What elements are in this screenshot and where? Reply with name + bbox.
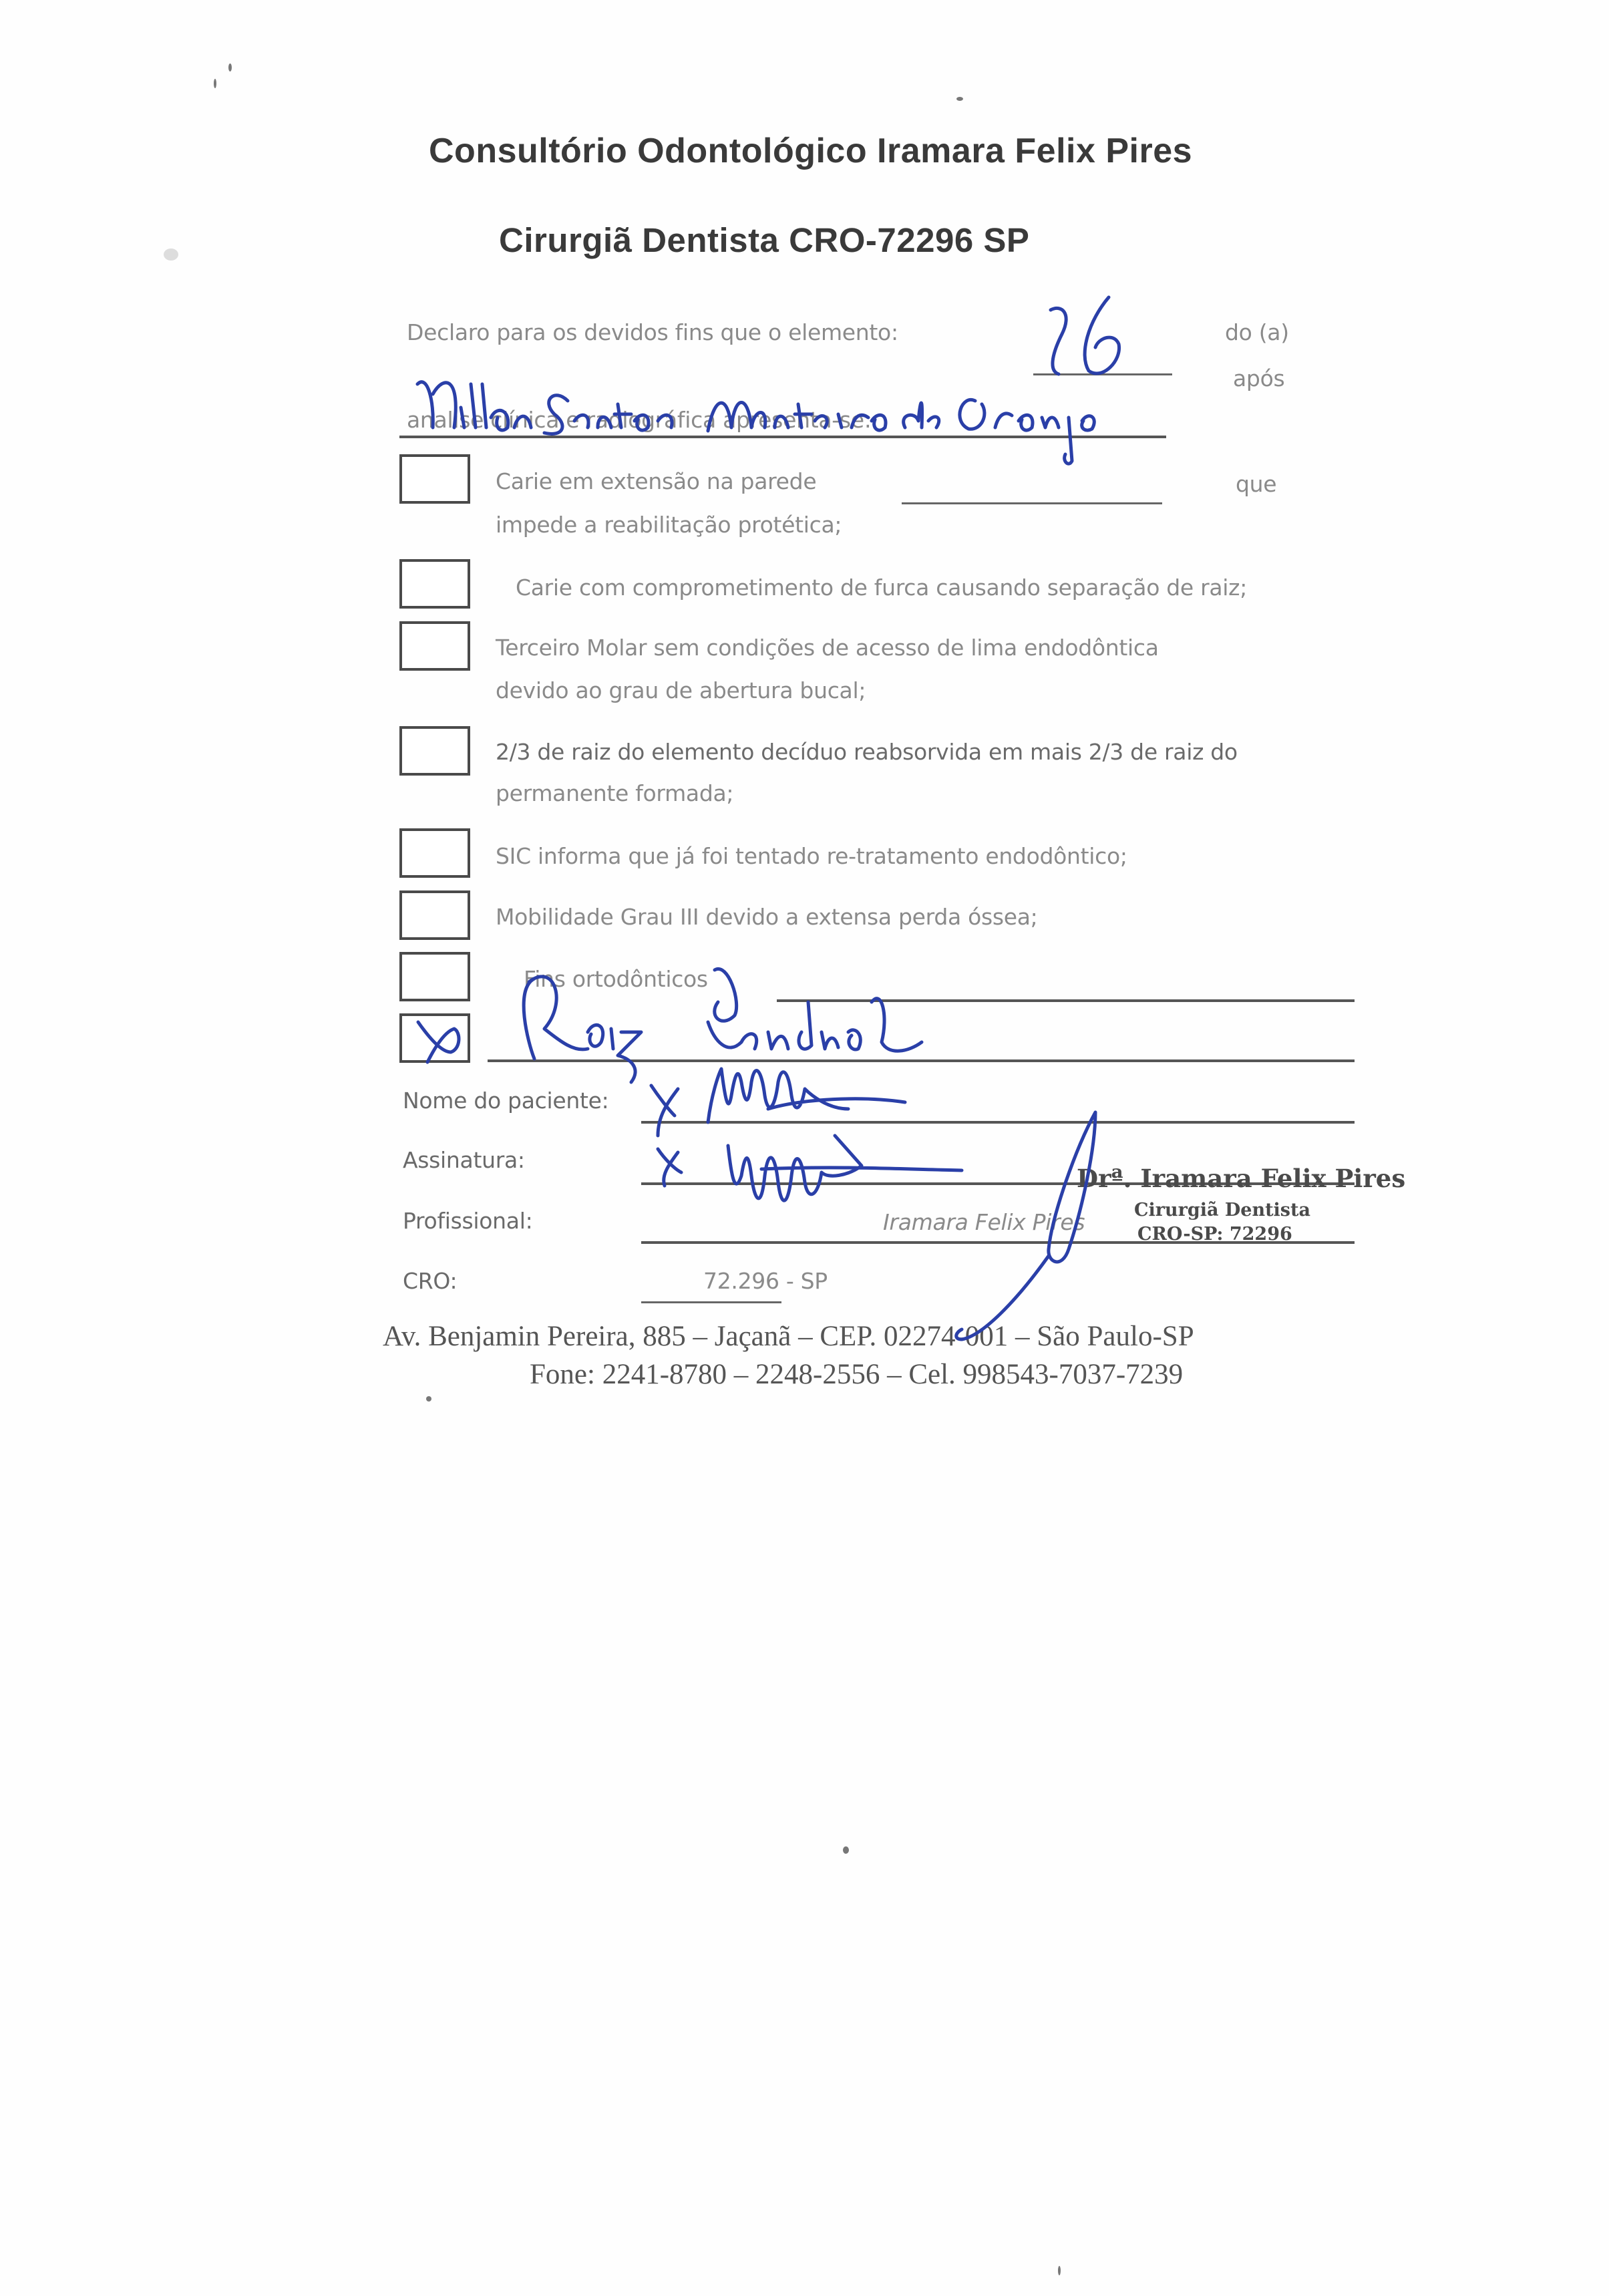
option-5-line1: SIC informa que já foi tentado re-tratam…	[496, 843, 1127, 869]
scan-speck	[164, 249, 178, 261]
option-4-line2: permanente formada;	[496, 780, 733, 806]
patient-signature-scribble	[708, 1069, 905, 1122]
checkbox-raiz-deciduo[interactable]	[399, 726, 470, 776]
footer-phones: Fone: 2241-8780 – 2248-2556 – Cel. 99854…	[530, 1358, 1183, 1391]
checkbox-sic-retratamento[interactable]	[399, 828, 470, 878]
element-number-handwriting	[1051, 297, 1119, 374]
patient-name-underline	[399, 436, 1166, 438]
checkbox-fins-ortodonticos[interactable]	[399, 952, 470, 1001]
option-4-line1: 2/3 de raiz do elemento decíduo reabsorv…	[496, 739, 1238, 765]
option-3-line1: Terceiro Molar sem condições de acesso d…	[496, 635, 1159, 661]
checkbox-carie-extensao[interactable]	[399, 454, 470, 504]
signature-x-mark	[658, 1149, 681, 1186]
option-1-line2: impede a reabilitação protética;	[496, 512, 842, 538]
professional-label: Profissional:	[403, 1208, 532, 1234]
option-6-line1: Mobilidade Grau III devido a extensa per…	[496, 904, 1038, 930]
parede-blank-line	[902, 502, 1162, 504]
option-1-line1: Carie em extensão na parede	[496, 468, 816, 494]
stamp-name: Drª. Iramara Felix Pires	[1077, 1164, 1405, 1193]
scan-speck	[956, 97, 963, 101]
checkbox-mobilidade[interactable]	[399, 890, 470, 940]
patient-signature	[728, 1136, 962, 1200]
scanned-document-page: Consultório Odontológico Iramara Felix P…	[0, 0, 1609, 2296]
patient-name-label: Nome do paciente:	[403, 1088, 608, 1114]
professional-name: Iramara Felix Pires	[883, 1209, 1085, 1235]
cro-value: 72.296 - SP	[703, 1268, 828, 1294]
clinic-name-heading: Consultório Odontológico Iramara Felix P…	[429, 131, 1192, 171]
option-7-line1: Fins ortodônticos	[524, 966, 708, 992]
option-3-line2: devido ao grau de abertura bucal;	[496, 677, 866, 703]
scan-speck	[843, 1846, 849, 1854]
dentist-subtitle: Cirurgiã Dentista CRO-72296 SP	[499, 220, 1029, 260]
cro-line	[641, 1301, 781, 1303]
scan-speck	[426, 1396, 431, 1402]
analysis-text: analise clínica e radiográfica apresenta…	[407, 407, 872, 433]
element-underline	[1033, 373, 1172, 375]
declaration-intro: Declaro para os devidos fins que o eleme…	[407, 319, 898, 345]
stamp-title: Cirurgiã Dentista	[1134, 1200, 1310, 1220]
other-reason-underline	[488, 1059, 1355, 1062]
patient-x-mark	[651, 1086, 678, 1136]
signature-label: Assinatura:	[403, 1147, 525, 1173]
ortodonticos-underline	[777, 999, 1355, 1002]
footer-address: Av. Benjamin Pereira, 885 – Jaçanã – CEP…	[383, 1320, 1194, 1353]
scan-speck	[214, 79, 216, 88]
apos-label: após	[1233, 365, 1284, 391]
scan-speck	[1058, 2266, 1061, 2275]
checkbox-terceiro-molar[interactable]	[399, 621, 470, 671]
cro-label: CRO:	[403, 1268, 457, 1294]
option-2-line1: Carie com comprometimento de furca causa…	[516, 575, 1247, 601]
checkbox-other-checked[interactable]	[399, 1013, 470, 1063]
checkbox-carie-furca[interactable]	[399, 559, 470, 609]
patient-name-line	[641, 1121, 1355, 1124]
do-a-label: do (a)	[1225, 319, 1289, 345]
option-1-suffix: que	[1236, 471, 1276, 497]
scan-speck	[228, 63, 232, 71]
stamp-cro: CRO-SP: 72296	[1137, 1224, 1292, 1245]
